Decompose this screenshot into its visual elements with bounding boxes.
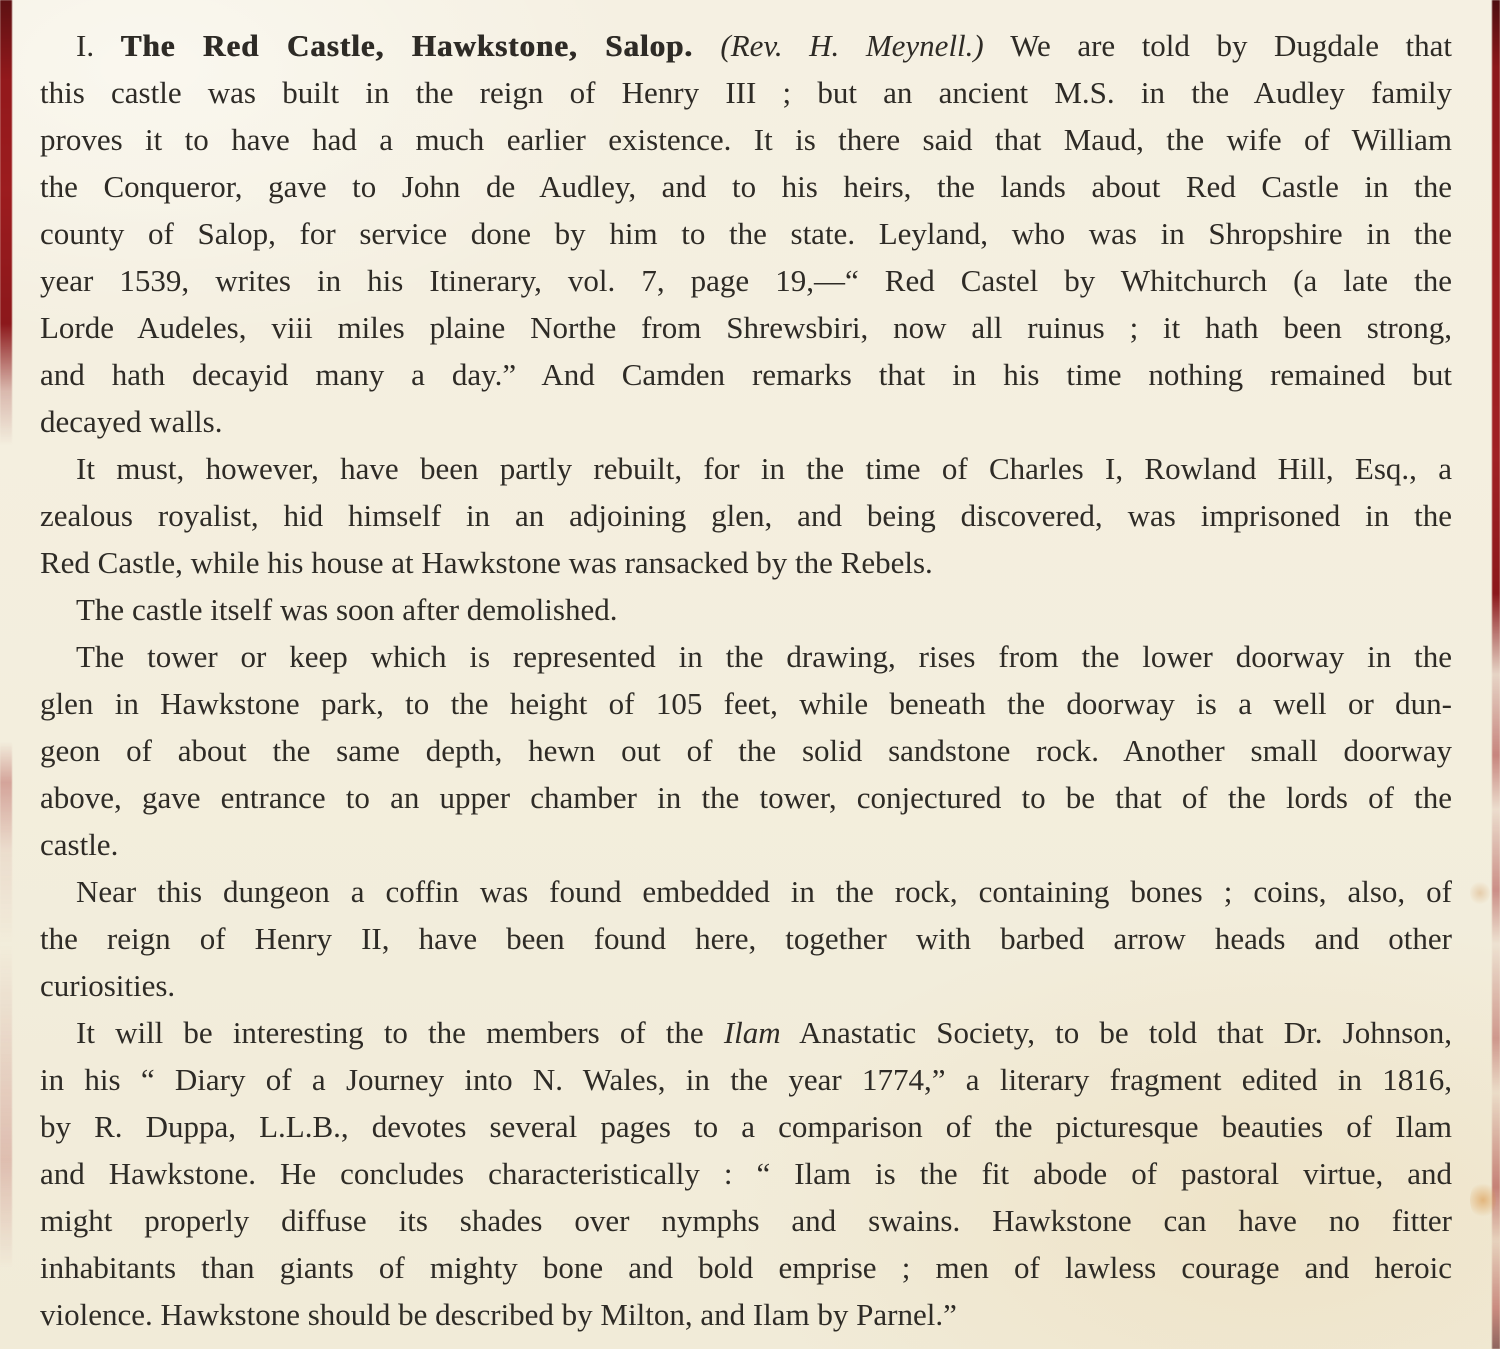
text-line: zealous royalist, hid himself in an adjo… <box>40 492 1452 539</box>
text-line: The castle itself was soon after demolis… <box>40 586 1452 633</box>
body-text: The tower or keep which is represented i… <box>76 639 1452 674</box>
body-text: Red Castle, while his house at Hawkstone… <box>40 545 933 580</box>
document-page: I. The Red Castle, Hawkstone, Salop. (Re… <box>0 0 1500 1349</box>
text-column: I. The Red Castle, Hawkstone, Salop. (Re… <box>40 22 1452 1338</box>
text-line: The tower or keep which is represented i… <box>40 633 1452 680</box>
body-text: curiosities. <box>40 968 175 1003</box>
body-text: in his “ Diary of a Journey into N. Wale… <box>40 1062 1452 1097</box>
text-line: this castle was built in the reign of He… <box>40 69 1452 116</box>
paragraph: It must, however, have been partly rebui… <box>40 445 1452 586</box>
text-line: the reign of Henry II, have been found h… <box>40 915 1452 962</box>
text-line: I. The Red Castle, Hawkstone, Salop. (Re… <box>40 22 1452 69</box>
body-text: It must, however, have been partly rebui… <box>76 451 1452 486</box>
body-text: castle. <box>40 827 118 862</box>
text-line: proves it to have had a much earlier exi… <box>40 116 1452 163</box>
text-line: It must, however, have been partly rebui… <box>40 445 1452 492</box>
text-line: geon of about the same depth, hewn out o… <box>40 727 1452 774</box>
italic-text: Ilam <box>724 1015 781 1050</box>
body-text: It will be interesting to the members of… <box>76 1015 724 1050</box>
body-text: year 1539, writes in his Itinerary, vol.… <box>40 263 1452 298</box>
text-line: Red Castle, while his house at Hawkstone… <box>40 539 1452 586</box>
text-line: Lorde Audeles, viii miles plaine Northe … <box>40 304 1452 351</box>
body-text: might properly diffuse its shades over n… <box>40 1203 1452 1238</box>
body-text: the reign of Henry II, have been found h… <box>40 921 1452 956</box>
text-line: by R. Duppa, L.L.B., devotes several pag… <box>40 1103 1452 1150</box>
text-line: the Conqueror, gave to John de Audley, a… <box>40 163 1452 210</box>
text-line: violence. Hawkstone should be described … <box>40 1291 1452 1338</box>
red-book-edge-left <box>0 0 12 1349</box>
body-text: and hath decayid many a day.” And Camden… <box>40 357 1452 392</box>
body-text: glen in Hawkstone park, to the height of… <box>40 686 1452 721</box>
body-text: and Hawkstone. He concludes characterist… <box>40 1156 1452 1191</box>
body-text: violence. Hawkstone should be described … <box>40 1297 957 1332</box>
text-line: It will be interesting to the members of… <box>40 1009 1452 1056</box>
text-line: might properly diffuse its shades over n… <box>40 1197 1452 1244</box>
body-text: Near this dungeon a coffin was found emb… <box>76 874 1452 909</box>
title-blackletter: The Red Castle, Hawkstone, Salop. <box>121 28 721 63</box>
body-text: above, gave entrance to an upper chamber… <box>40 780 1452 815</box>
paragraph: Near this dungeon a coffin was found emb… <box>40 868 1452 1009</box>
italic-text: (Rev. H. Meynell.) <box>720 28 1010 63</box>
body-text: the Conqueror, gave to John de Audley, a… <box>40 169 1452 204</box>
body-text: decayed walls. <box>40 404 222 439</box>
body-text: We are told by Dugdale that <box>1010 28 1452 63</box>
body-text: by R. Duppa, L.L.B., devotes several pag… <box>40 1109 1452 1144</box>
body-text: this castle was built in the reign of He… <box>40 75 1452 110</box>
text-line: Near this dungeon a coffin was found emb… <box>40 868 1452 915</box>
body-text: The castle itself was soon after demolis… <box>76 592 617 627</box>
paragraph: The castle itself was soon after demolis… <box>40 586 1452 633</box>
body-text: Lorde Audeles, viii miles plaine Northe … <box>40 310 1452 345</box>
body-text: proves it to have had a much earlier exi… <box>40 122 1452 157</box>
text-line: castle. <box>40 821 1452 868</box>
red-book-edge-right <box>1492 0 1500 1349</box>
text-line: decayed walls. <box>40 398 1452 445</box>
body-text: geon of about the same depth, hewn out o… <box>40 733 1452 768</box>
paragraph: I. The Red Castle, Hawkstone, Salop. (Re… <box>40 22 1452 445</box>
section-number: I. <box>76 28 121 63</box>
body-text: inhabitants than giants of mighty bone a… <box>40 1250 1452 1285</box>
text-line: above, gave entrance to an upper chamber… <box>40 774 1452 821</box>
text-line: year 1539, writes in his Itinerary, vol.… <box>40 257 1452 304</box>
text-line: curiosities. <box>40 962 1452 1009</box>
body-text: county of Salop, for service done by him… <box>40 216 1452 251</box>
paragraph: The tower or keep which is represented i… <box>40 633 1452 868</box>
text-line: and Hawkstone. He concludes characterist… <box>40 1150 1452 1197</box>
text-line: in his “ Diary of a Journey into N. Wale… <box>40 1056 1452 1103</box>
body-text: zealous royalist, hid himself in an adjo… <box>40 498 1452 533</box>
paragraph: It will be interesting to the members of… <box>40 1009 1452 1338</box>
paper-stain <box>1470 1180 1496 1220</box>
text-line: glen in Hawkstone park, to the height of… <box>40 680 1452 727</box>
text-line: county of Salop, for service done by him… <box>40 210 1452 257</box>
text-line: and hath decayid many a day.” And Camden… <box>40 351 1452 398</box>
body-text: Anastatic Society, to be told that Dr. J… <box>781 1015 1452 1050</box>
paper-stain <box>1470 880 1490 906</box>
text-line: inhabitants than giants of mighty bone a… <box>40 1244 1452 1291</box>
